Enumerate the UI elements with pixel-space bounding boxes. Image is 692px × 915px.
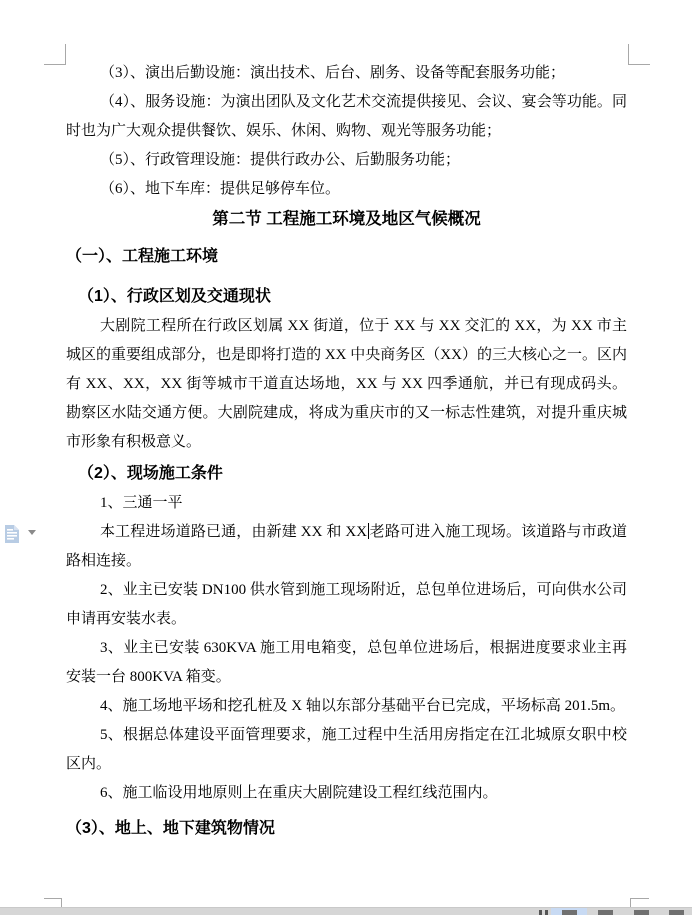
view-button-icon[interactable] (634, 910, 649, 915)
list-item-3[interactable]: （3）、演出后勤设施：演出技术、后台、剧务、设备等配套服务功能； (66, 59, 627, 88)
paragraph-three-supplies[interactable]: 1、三通一平 (66, 489, 627, 518)
crop-mark-top-left (44, 44, 66, 65)
paragraph-site-road[interactable]: 本工程进场道路已通，由新建 XX 和 XX老路可进入施工现场。该道路与市政道路相… (66, 518, 627, 576)
document-page: （3）、演出后勤设施：演出技术、后台、剧务、设备等配套服务功能； （4）、服务设… (0, 0, 692, 915)
paragraph-living-quarters[interactable]: 5、根据总体建设平面管理要求，施工过程中生活用房指定在江北城原女职中校区内。 (66, 721, 627, 779)
active-view-button-icon[interactable] (562, 910, 577, 915)
paragraph-power-supply[interactable]: 3、业主已安装 630KVA 施工用电箱变，总包单位进场后，根据进度要求业主再安… (66, 634, 627, 692)
paste-options-icon (4, 523, 20, 545)
view-button-icon[interactable] (669, 910, 684, 915)
text-before-caret: 本工程进场道路已通，由新建 XX 和 XX (100, 524, 367, 540)
paste-options-button[interactable] (4, 523, 38, 547)
heading-construction-environment[interactable]: （一）、工程施工环境 (66, 242, 627, 272)
chevron-down-icon (28, 530, 36, 535)
view-button-icon[interactable] (598, 910, 613, 915)
paragraph-site-leveling[interactable]: 4、施工场地平场和挖孔桩及 X 轴以东部分基础平台已完成，平场标高 201.5m… (66, 692, 627, 721)
view-button-icon[interactable] (545, 910, 548, 915)
heading-buildings-overview[interactable]: （3）、地上、地下建筑物情况 (66, 814, 627, 844)
paragraph-water-supply[interactable]: 2、业主已安装 DN100 供水管到施工现场附近，总包单位进场后，可向供水公司申… (66, 576, 627, 634)
heading-site-conditions[interactable]: （2）、现场施工条件 (78, 459, 627, 489)
list-item-6[interactable]: （6）、地下车库：提供足够停车位。 (66, 175, 627, 204)
document-text: （3）、演出后勤设施：演出技术、后台、剧务、设备等配套服务功能； （4）、服务设… (66, 59, 627, 844)
status-bar (0, 907, 692, 915)
heading-administrative-division[interactable]: （1）、行政区划及交通现状 (78, 282, 627, 312)
section-heading[interactable]: 第二节 工程施工环境及地区气候概况 (66, 204, 627, 234)
list-item-4[interactable]: （4）、服务设施：为演出团队及文化艺术交流提供接见、会议、宴会等功能。同时也为广… (66, 88, 627, 146)
view-button-icon[interactable] (539, 910, 542, 915)
paragraph-temporary-land[interactable]: 6、施工临设用地原则上在重庆大剧院建设工程红线范围内。 (66, 779, 627, 808)
list-item-5[interactable]: （5）、行政管理设施：提供行政办公、后勤服务功能； (66, 146, 627, 175)
paragraph-location[interactable]: 大剧院工程所在行政区划属 XX 街道，位于 XX 与 XX 交汇的 XX，为 X… (66, 312, 627, 457)
crop-mark-top-right (628, 44, 650, 65)
